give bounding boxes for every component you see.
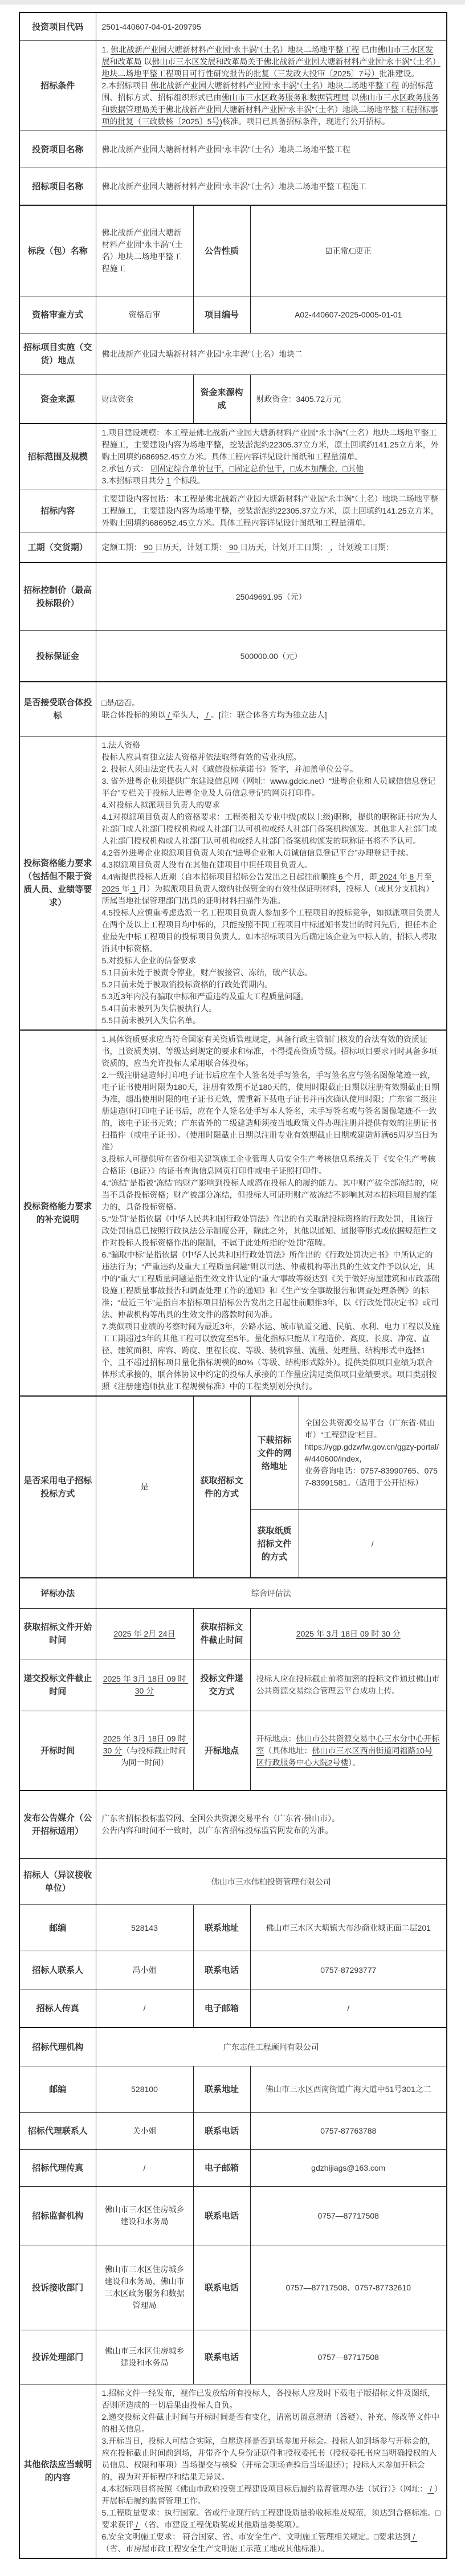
e-bidding-value: 是 — [96, 1396, 193, 1578]
complaint-handle-phone-value: 0757—87717508 — [250, 2330, 447, 2384]
project-number-value: A02-440607-2025-0005-01-01 — [250, 296, 447, 333]
supervision-phone-value: 0757—87717508 — [250, 2187, 447, 2245]
qualification-requirements-value: 1.法人资格投标人应具有独立法人资格并依法取得有效的营业执照。2. 投标人须由法… — [96, 736, 447, 1031]
evaluation-method-label: 评标办法 — [19, 1578, 96, 1609]
tenderer-address-value: 佛山市三水区大塘镇大布沙商业城正面二层201 — [250, 1905, 447, 1951]
agency-fax-label: 招标代理传真 — [19, 2150, 96, 2187]
submit-method-value: 投标人应在投标截止前将加密的投标文件通过佛山市公共资源交易综合管理云平台成功上传… — [250, 1659, 447, 1711]
row-tenderer-fax: 招标人传真 / 电子邮箱 / — [19, 1989, 447, 2028]
duration-value: 定额工期： 90 日历天，计划工期： 90 日历天，计划开工日期： ，计划竣工日… — [96, 532, 447, 563]
row-duration: 工期（交货期） 定额工期： 90 日历天，计划工期： 90 日历天，计划开工日期… — [19, 532, 447, 563]
row-supervision: 招标监督机构 佛山市三水区住房城乡建设和水务局 联系电话 0757—877175… — [19, 2187, 447, 2245]
row-opening: 开标时间 2025 年 3月 18日 09 时 30 分（与投标截止时间为同一时… — [19, 1711, 447, 1791]
supervision-label: 招标监督机构 — [19, 2187, 96, 2245]
doc-end-label: 获取招标文件截止时间 — [193, 1609, 250, 1659]
row-other: 其他依法应当载明的内容 1.招标文件一经发布，视作已发放给所有投标人，各投标人应… — [19, 2384, 447, 2559]
control-price-value: 25049691.95（元） — [96, 563, 447, 631]
row-tenderer-post: 邮编 528143 联系地址 佛山市三水区大塘镇大布沙商业城正面二层201 — [19, 1905, 447, 1951]
qualification-requirements-label: 投标资格能力要求（包括但不限于资质人员、业绩等要求） — [19, 736, 96, 1031]
e-bidding-label: 是否采用电子招标投标方式 — [19, 1396, 96, 1578]
agency-address-value: 佛山市三水区西南街道广海大道中51号301之二 — [250, 2066, 447, 2113]
top-gray-strip — [0, 0, 465, 5]
qualification-review-value: 资格后审 — [96, 296, 193, 333]
row-submit: 递交投标文件截止时间 2025 年 3月 18日 09 时 30 分 投标文件递… — [19, 1659, 447, 1711]
complaint-receive-phone-label: 联系电话 — [193, 2245, 250, 2330]
agency-address-label: 联系地址 — [193, 2066, 250, 2113]
tenderer-postcode-label: 邮编 — [19, 1905, 96, 1951]
row-agency: 招标代理机构 广东志佳工程顾问有限公司 — [19, 2028, 447, 2066]
row-bid-bond: 投标保证金 500000.00（元） — [19, 631, 447, 682]
row-invest-project-name: 投资项目名称 佛北战新产业园大塘新材料产业园“永丰涡”（土名）地块二场地平整工程 — [19, 131, 447, 168]
agency-postcode-label: 邮编 — [19, 2066, 96, 2113]
agency-contact-value: 关小姐 — [96, 2113, 193, 2150]
row-agency-fax: 招标代理传真 / 电子邮箱 gdzhijiags@163.com — [19, 2150, 447, 2187]
row-scope: 招标范围及规模 1.项目建设规模：本工程是佛北战新产业园大塘新材料产业园“永丰涡… — [19, 424, 447, 490]
content-label: 招标内容 — [19, 490, 96, 532]
agency-postcode-value: 528100 — [96, 2066, 193, 2113]
tenderer-contact-label: 招标人联系人 — [19, 1951, 96, 1989]
location-label: 招标项目实施（交货）地点 — [19, 333, 96, 375]
row-agency-contact: 招标代理联系人 关小姐 联系电话 0757-87763788 — [19, 2113, 447, 2150]
funding-composition-label: 资金来源构成 — [193, 375, 250, 424]
row-complaint-receive: 投诉接收部门 佛山市三水区住房城乡建设和水务局、佛山市三水区政务服务和数据管理局… — [19, 2245, 447, 2330]
complaint-handle-value: 佛山市三水区住房城乡建设和水务局 — [96, 2330, 193, 2384]
doc-end-value: 2025 年 3月 18日 09 时 30 分 — [250, 1609, 447, 1659]
agency-email-label: 电子邮箱 — [193, 2150, 250, 2187]
row-qualification-review: 资格审查方式 资格后审 项目编号 A02-440607-2025-0005-01… — [19, 296, 447, 333]
row-e-bidding: 是否采用电子招标投标方式 是 获取招标文件的方式 下载招标文件的网络地址 全国公… — [19, 1396, 447, 1510]
opening-time-value: 2025 年 3月 18日 09 时 30 分（与投标截止时间为同一时间） — [96, 1711, 193, 1791]
supervision-value: 佛山市三水区住房城乡建设和水务局 — [96, 2187, 193, 2245]
funding-composition-value: 财政资金：3405.72万元 — [250, 375, 447, 424]
agency-label: 招标代理机构 — [19, 2028, 96, 2066]
funding-label: 资金来源 — [19, 375, 96, 424]
download-url-label: 下载招标文件的网络地址 — [250, 1396, 299, 1510]
duration-label: 工期（交货期） — [19, 532, 96, 563]
opening-place-label: 开标地点 — [193, 1711, 250, 1791]
complaint-handle-label: 投诉处理部门 — [19, 2330, 96, 2384]
notice-nature-label: 公告性质 — [193, 205, 250, 296]
row-project-code: 投资项目代码 2501-440607-04-01-209795 — [19, 13, 447, 41]
tenderer-address-label: 联系地址 — [193, 1905, 250, 1951]
complaint-receive-phone-value: 0757—87717508、0757-87732610 — [250, 2245, 447, 2330]
tender-project-name-label: 招标项目名称 — [19, 168, 96, 206]
row-funding: 资金来源 财政资金 资金来源构成 财政资金：3405.72万元 — [19, 375, 447, 424]
row-doc-time: 获取招标文件开始时间 2025 年 2月 24日 获取招标文件截止时间 2025… — [19, 1609, 447, 1659]
media-value: 广东省招标投标监管网、全国公共资源交易平台（广东省·佛山市）。公告内容和时间不一… — [96, 1790, 447, 1859]
submit-deadline-label: 递交投标文件截止时间 — [19, 1659, 96, 1711]
supervision-phone-label: 联系电话 — [193, 2187, 250, 2245]
tenderer-value: 佛山市三水伟柏投资管理有限公司 — [96, 1859, 447, 1905]
funding-value: 财政资金 — [96, 375, 193, 424]
tenderer-email-value: / — [250, 1989, 447, 2028]
consortium-value: □是/☑否。联合体投标的须以 / 牵头人， / 。[注：联合体各方均为独立法人] — [96, 682, 447, 736]
notice-nature-value: ☑正常/□更正 — [250, 205, 447, 296]
tenderer-contact-value: 冯小姐 — [96, 1951, 193, 1989]
agency-fax-value: / — [96, 2150, 193, 2187]
control-price-label: 招标控制价（最高投标限价） — [19, 563, 96, 631]
agency-phone-label: 联系电话 — [193, 2113, 250, 2150]
tenderer-fax-value: / — [96, 1989, 193, 2028]
row-content: 招标内容 主要建设内容包括：本工程是佛北战新产业园大塘新材料产业园“永丰涡”（土… — [19, 490, 447, 532]
complaint-receive-label: 投诉接收部门 — [19, 2245, 96, 2330]
media-label: 发布公告媒介（公开招标适用） — [19, 1790, 96, 1859]
content-value: 主要建设内容包括：本工程是佛北战新产业园大塘新材料产业园“永丰涡”（土名）地块二… — [96, 490, 447, 532]
row-agency-post: 邮编 528100 联系地址 佛山市三水区西南街道广海大道中51号301之二 — [19, 2066, 447, 2113]
row-qualification-supplement: 投标资格能力要求的补充说明 1.具体资质要求应当符合国家有关资质管理规定，具备行… — [19, 1030, 447, 1396]
row-media: 发布公告媒介（公开招标适用） 广东省招标投标监管网、全国公共资源交易平台（广东省… — [19, 1790, 447, 1859]
row-location: 招标项目实施（交货）地点 佛北战新产业园大塘新材料产业园“永丰涡”（土名）地块二 — [19, 333, 447, 375]
row-consortium: 是否接受联合体投标 □是/☑否。联合体投标的须以 / 牵头人， / 。[注：联合… — [19, 682, 447, 736]
project-code-value: 2501-440607-04-01-209795 — [96, 13, 447, 41]
row-tenderer-contact: 招标人联系人 冯小姐 联系电话 0757-87293777 — [19, 1951, 447, 1989]
scope-value: 1.项目建设规模：本工程是佛北战新产业园大塘新材料产业园“永丰涡”（土名）地块二… — [96, 424, 447, 490]
get-docs-method-label: 获取招标文件的方式 — [193, 1396, 250, 1578]
tender-project-name-value: 佛北战新产业园大塘新材料产业园“永丰涡”（土名）地块二场地平整工程施工 — [96, 168, 447, 206]
tenderer-phone-value: 0757-87293777 — [250, 1951, 447, 1989]
tenderer-postcode-value: 528143 — [96, 1905, 193, 1951]
submit-deadline-value: 2025 年 3月 18日 09 时 30 分 — [96, 1659, 193, 1711]
bid-bond-value: 500000.00（元） — [96, 631, 447, 682]
opening-time-label: 开标时间 — [19, 1711, 96, 1791]
complaint-handle-phone-label: 联系电话 — [193, 2330, 250, 2384]
row-control-price: 招标控制价（最高投标限价） 25049691.95（元） — [19, 563, 447, 631]
agency-value: 广东志佳工程顾问有限公司 — [96, 2028, 447, 2066]
tenderer-email-label: 电子邮箱 — [193, 1989, 250, 2028]
paper-docs-label: 获取纸质招标文件的方式 — [250, 1510, 299, 1578]
row-bid-section: 标段（包）名称 佛北战新产业园大塘新材料产业园“永丰涡”（土名）地块二场地平整工… — [19, 205, 447, 296]
tenderer-label: 招标人（异议接收单位） — [19, 1859, 96, 1905]
row-complaint-handle: 投诉处理部门 佛山市三水区住房城乡建设和水务局 联系电话 0757—877175… — [19, 2330, 447, 2384]
scope-label: 招标范围及规模 — [19, 424, 96, 490]
invest-project-name-label: 投资项目名称 — [19, 131, 96, 168]
tenderer-phone-label: 联系电话 — [193, 1951, 250, 1989]
opening-place-value: 开标地点：佛山市公共资源交易中心三水分中心开标室（具体地址：佛山市三水区西南街道… — [250, 1711, 447, 1791]
download-url-value: 全国公共资源交易平台（广东省·佛山市）“工程建设”栏目。https://ygp.… — [299, 1396, 447, 1510]
submit-method-label: 投标文件递交方式 — [193, 1659, 250, 1711]
tenderer-fax-label: 招标人传真 — [19, 1989, 96, 2028]
bid-section-label: 标段（包）名称 — [19, 205, 96, 296]
agency-contact-label: 招标代理联系人 — [19, 2113, 96, 2150]
location-value: 佛北战新产业园大塘新材料产业园“永丰涡”（土名）地块二 — [96, 333, 447, 375]
row-evaluation-method: 评标办法 综合评估法 — [19, 1578, 447, 1609]
project-number-label: 项目编号 — [193, 296, 250, 333]
row-qualification-requirements: 投标资格能力要求（包括但不限于资质人员、业绩等要求） 1.法人资格投标人应具有独… — [19, 736, 447, 1031]
invest-project-name-value: 佛北战新产业园大塘新材料产业园“永丰涡”（土名）地块二场地平整工程 — [96, 131, 447, 168]
complaint-receive-value: 佛山市三水区住房城乡建设和水务局、佛山市三水区政务服务和数据管理局 — [96, 2245, 193, 2330]
other-label: 其他依法应当载明的内容 — [19, 2384, 96, 2559]
paper-docs-value: / — [299, 1510, 447, 1578]
bid-bond-label: 投标保证金 — [19, 631, 96, 682]
qualification-review-label: 资格审查方式 — [19, 296, 96, 333]
agency-phone-value: 0757-87763788 — [250, 2113, 447, 2150]
bid-section-value: 佛北战新产业园大塘新材料产业园“永丰涡”（土名）地块二场地平整工程施工 — [96, 205, 193, 296]
consortium-label: 是否接受联合体投标 — [19, 682, 96, 736]
tender-conditions-value: 1. 佛北战新产业园大塘新材料产业园“永丰涡”（土名）地块二场地平整工程 已由佛… — [96, 41, 447, 131]
doc-start-value: 2025 年 2月 24日 — [96, 1609, 193, 1659]
row-tender-project-name: 招标项目名称 佛北战新产业园大塘新材料产业园“永丰涡”（土名）地块二场地平整工程… — [19, 168, 447, 206]
other-value: 1.招标文件一经发布，视作已发放给所有投标人，各投标人应及时下载电子版招标文件及… — [96, 2384, 447, 2559]
row-tender-conditions: 招标条件 1. 佛北战新产业园大塘新材料产业园“永丰涡”（土名）地块二场地平整工… — [19, 41, 447, 131]
qualification-supplement-value: 1.具体资质要求应当符合国家有关资质管理规定，具备行政主管部门核发的合法有效的资… — [96, 1030, 447, 1396]
project-code-label: 投资项目代码 — [19, 13, 96, 41]
evaluation-method-value: 综合评估法 — [96, 1578, 447, 1609]
tender-conditions-label: 招标条件 — [19, 41, 96, 131]
qualification-supplement-label: 投标资格能力要求的补充说明 — [19, 1030, 96, 1396]
tender-notice-table: 投资项目代码 2501-440607-04-01-209795 招标条件 1. … — [19, 12, 447, 2559]
row-tenderer: 招标人（异议接收单位） 佛山市三水伟柏投资管理有限公司 — [19, 1859, 447, 1905]
doc-start-label: 获取招标文件开始时间 — [19, 1609, 96, 1659]
agency-email-value: gdzhijiags@163.com — [250, 2150, 447, 2187]
